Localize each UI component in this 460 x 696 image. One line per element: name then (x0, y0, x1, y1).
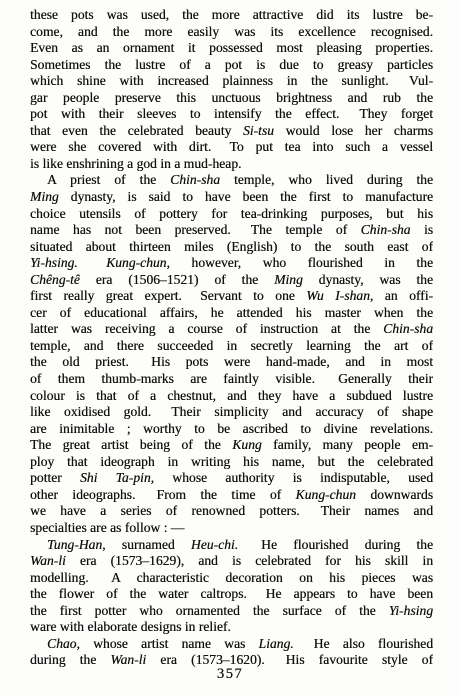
text-line: specialties are as follow : — (30, 520, 433, 537)
page-number: 357 (0, 666, 460, 683)
italic-text-segment: Si-tsu (243, 123, 274, 138)
italic-text-segment: Chin-sha (361, 222, 411, 237)
text-segment: pot with their sleeves to intensify the … (30, 106, 433, 121)
text-segment: specialties are as follow : — (30, 520, 184, 535)
text-segment: that even the celebrated beauty (30, 123, 243, 138)
italic-text-segment: Kung-chun (106, 255, 166, 270)
italic-text-segment: Shi Ta-pin, (80, 470, 154, 485)
text-segment: ploy that ideograph in writing his name,… (30, 454, 433, 469)
italic-text-segment: Chin-sha (383, 321, 433, 336)
text-line: modelling. A characteristic decoration o… (30, 570, 433, 587)
text-line: name has not been preserved. The temple … (30, 222, 433, 239)
italic-text-segment: Ming (30, 189, 59, 204)
book-page: these pots was used, the more attractive… (0, 0, 460, 696)
text-segment: modelling. A characteristic decoration o… (30, 570, 433, 585)
text-line: gar people preserve this unctuous bright… (30, 90, 433, 107)
italic-text-segment: Chêng-tê (30, 272, 80, 287)
text-segment: whose authority is indisputable, used (154, 470, 433, 485)
text-segment: temple, who lived during the (220, 172, 433, 187)
text-line: choice utensils of pottery for tea-drink… (30, 206, 433, 223)
text-line: Even as an ornament it possessed most pl… (30, 40, 433, 57)
italic-text-segment: Chin-sha (170, 172, 220, 187)
text-segment: are inimitable ; worthy to be ascribed t… (30, 421, 433, 436)
text-line: Ming dynasty, is said to have been the f… (30, 189, 433, 206)
italic-text-segment: Yi-hsing. (30, 255, 78, 270)
text-line: cer of educational affairs, he attended … (30, 305, 433, 322)
text-line: Yi-hsing. Kung-chun, however, who flouri… (30, 255, 433, 272)
italic-text-segment: Wu I-shan (306, 288, 370, 303)
text-segment: is (410, 222, 433, 237)
text-line: ploy that ideograph in writing his name,… (30, 454, 433, 471)
text-segment: , an offi- (370, 288, 433, 303)
text-line: Tung-Han, surnamed Heu-chi. He flourishe… (30, 537, 433, 554)
text-line: latter was receiving a course of instruc… (30, 321, 433, 338)
text-line: temple, and there succeeded in secretly … (30, 338, 433, 355)
text-line: A priest of the Chin-sha temple, who liv… (30, 172, 433, 189)
text-line: Chao, whose artist name was Liang. He al… (30, 636, 433, 653)
text-segment: would lose her charms (274, 123, 433, 138)
text-line: potter Shi Ta-pin, whose authority is in… (30, 470, 433, 487)
text-segment: were she covered with dirt. To put tea i… (30, 139, 433, 154)
text-segment: , whose artist name was (76, 636, 258, 651)
italic-text-segment: Heu-chi. (191, 537, 238, 552)
italic-text-segment: Kung (232, 437, 261, 452)
text-segment: other ideographs. From the time of (30, 487, 296, 502)
text-line: are inimitable ; worthy to be ascribed t… (30, 421, 433, 438)
italic-text-segment: Liang. (259, 636, 294, 651)
text-line: Wan-li era (1573–1629), and is celebrate… (30, 553, 433, 570)
text-segment: potter (30, 470, 80, 485)
text-segment: choice utensils of pottery for tea-drink… (30, 206, 433, 221)
italic-text-segment: Kung-chun (296, 487, 356, 502)
text-segment: name has not been preserved. The temple … (30, 222, 361, 237)
text-segment: gar people preserve this unctuous bright… (30, 90, 433, 105)
italic-text-segment: Tung-Han (47, 537, 102, 552)
text-segment: temple, and there succeeded in secretly … (30, 338, 433, 353)
text-segment: dynasty, is said to have been the first … (59, 189, 433, 204)
text-segment: downwards (356, 487, 433, 502)
text-segment: dynasty, was the (303, 272, 433, 287)
text-segment: ware with elaborate designs in relief. (30, 619, 231, 634)
text-segment: which shine with increased plainness in … (30, 73, 433, 88)
text-line: the first potter who ornamented the surf… (30, 603, 433, 620)
text-segment: , however, who flourished in the (166, 255, 433, 270)
text-segment: colour is that of a chestnut, and they h… (30, 388, 433, 403)
text-line: Chêng-tê era (1506–1521) of the Ming dyn… (30, 272, 433, 289)
text-segment: He also flourished (294, 636, 433, 651)
text-segment: first really great expert. Servant to on… (30, 288, 306, 303)
text-line: situated about thirteen miles (English) … (30, 239, 433, 256)
text-line: which shine with increased plainness in … (30, 73, 433, 90)
text-segment: era (1506–1521) of the (80, 272, 274, 287)
text-segment: Even as an ornament it possessed most pl… (30, 40, 433, 55)
text-line: ware with elaborate designs in relief. (30, 619, 433, 636)
italic-text-segment: Yi-hsing (389, 603, 433, 618)
italic-text-segment: Ming (274, 272, 303, 287)
text-segment: we have a series of renowned potters. Th… (30, 503, 433, 518)
text-line: The great artist being of the Kung famil… (30, 437, 433, 454)
text-block: these pots was used, the more attractive… (30, 7, 433, 669)
text-segment: come, and the more easily was its excell… (30, 24, 433, 39)
text-line: is like enshrining a god in a mud-heap. (30, 156, 433, 173)
text-segment: era (1573–1629), and is celebrated for h… (66, 553, 433, 568)
text-segment: family, many people em- (262, 437, 433, 452)
text-line: first really great expert. Servant to on… (30, 288, 433, 305)
text-line: like oxidised gold. Their simplicity and… (30, 404, 433, 421)
text-segment: is like enshrining a god in a mud-heap. (30, 156, 241, 171)
text-segment: these pots was used, the more attractive… (30, 7, 433, 22)
text-line: pot with their sleeves to intensify the … (30, 106, 433, 123)
text-segment: Sometimes the lustre of a pot is due to … (30, 57, 433, 72)
text-segment: He flourished during the (238, 537, 433, 552)
text-line: that even the celebrated beauty Si-tsu w… (30, 123, 433, 140)
text-segment: , surnamed (102, 537, 191, 552)
text-line: we have a series of renowned potters. Th… (30, 503, 433, 520)
text-line: other ideographs. From the time of Kung-… (30, 487, 433, 504)
text-line: were she covered with dirt. To put tea i… (30, 139, 433, 156)
text-line: Sometimes the lustre of a pot is due to … (30, 57, 433, 74)
text-segment: latter was receiving a course of instruc… (30, 321, 383, 336)
italic-text-segment: Chao (47, 636, 76, 651)
text-line: of them thumb-marks are faintly visible.… (30, 371, 433, 388)
text-line: colour is that of a chestnut, and they h… (30, 388, 433, 405)
text-segment: cer of educational affairs, he attended … (30, 305, 433, 320)
text-line: come, and the more easily was its excell… (30, 24, 433, 41)
text-line: the flower of the water caltrops. He app… (30, 586, 433, 603)
italic-text-segment: Wan-li (30, 553, 66, 568)
text-segment: the first potter who ornamented the surf… (30, 603, 389, 618)
text-segment: A priest of the (47, 172, 170, 187)
text-line: these pots was used, the more attractive… (30, 7, 433, 24)
text-segment: the old priest. His pots were hand-made,… (30, 354, 433, 369)
text-segment: of them thumb-marks are faintly visible.… (30, 371, 433, 386)
text-line: the old priest. His pots were hand-made,… (30, 354, 433, 371)
text-segment: situated about thirteen miles (English) … (30, 239, 433, 254)
text-segment (78, 255, 106, 270)
text-segment: like oxidised gold. Their simplicity and… (30, 404, 433, 419)
text-segment: the flower of the water caltrops. He app… (30, 586, 433, 601)
text-segment: The great artist being of the (30, 437, 232, 452)
